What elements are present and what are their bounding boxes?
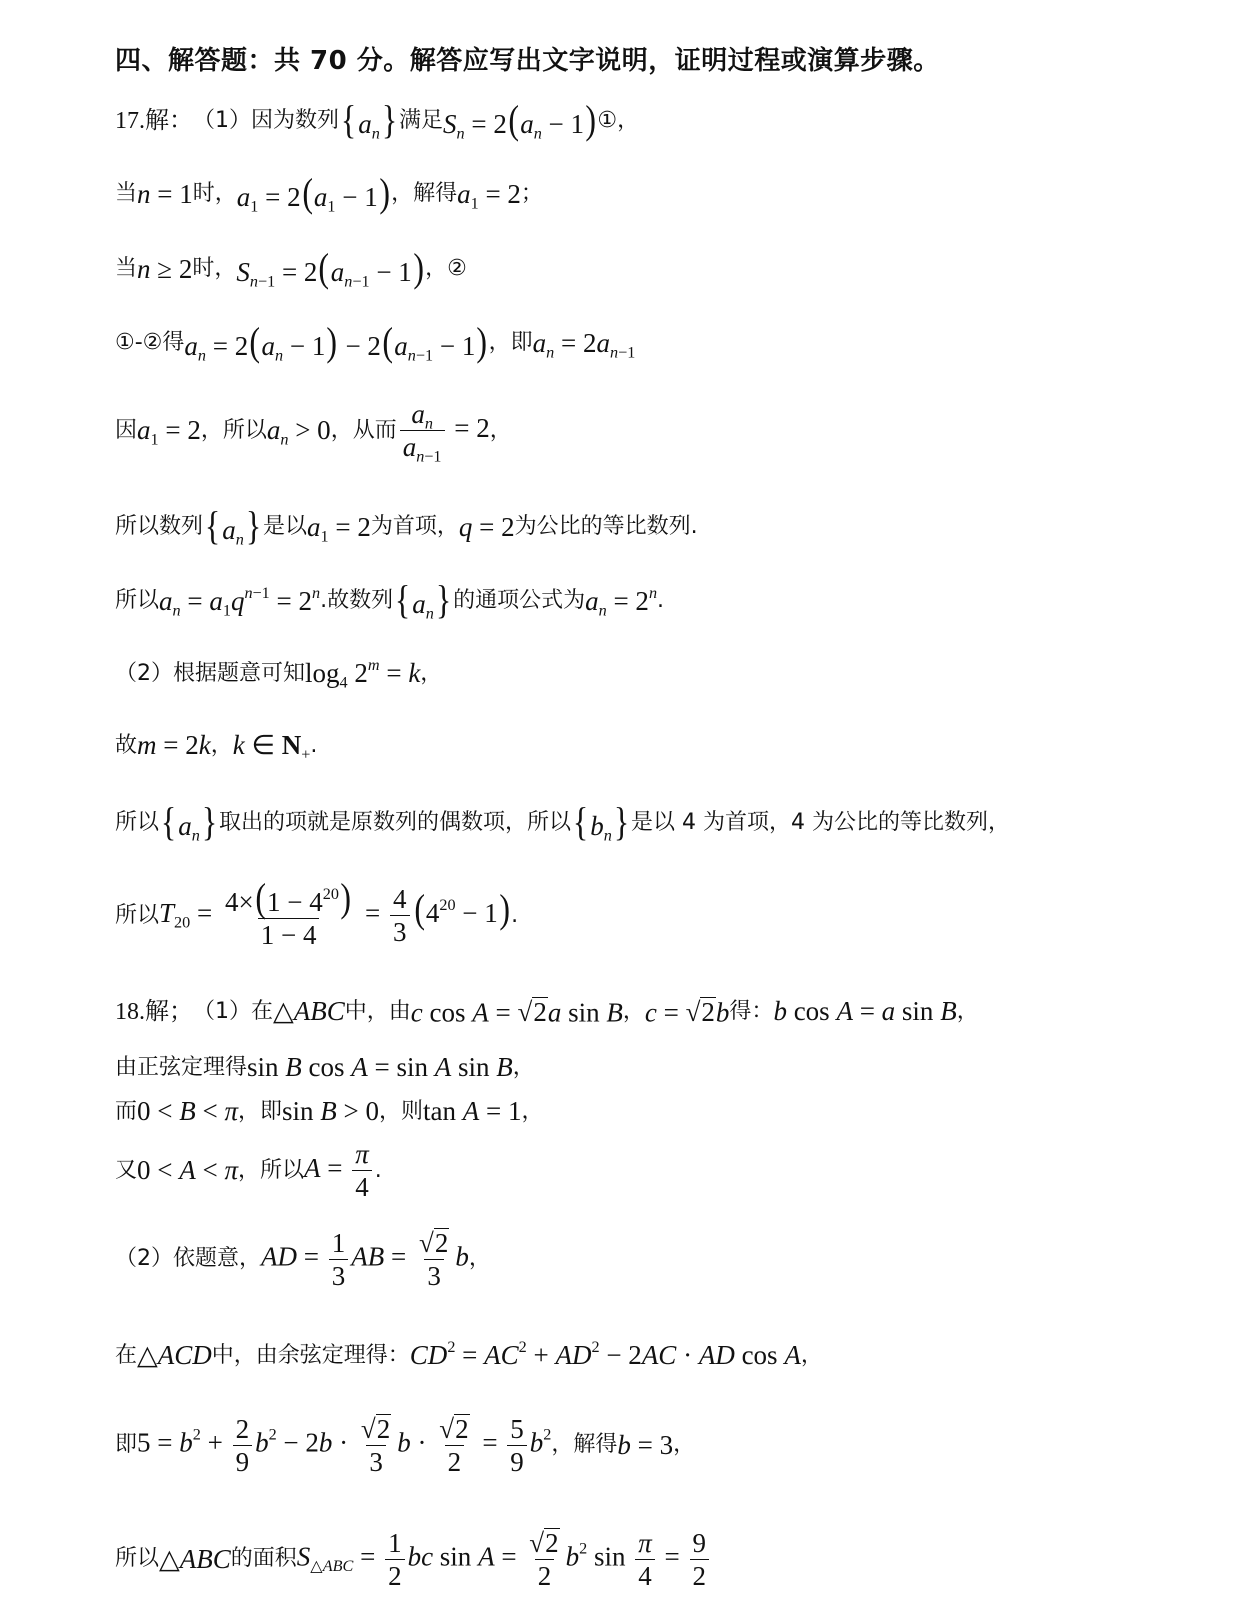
text: . xyxy=(375,1160,382,1182)
text: ，所以 xyxy=(238,1160,304,1182)
text: 因 xyxy=(115,420,137,442)
math-expr: △ACD xyxy=(137,1342,212,1369)
text: ， xyxy=(801,1345,823,1367)
text: ，解得 xyxy=(551,1434,617,1456)
text: ， xyxy=(420,663,442,685)
math-expr: △ABC xyxy=(273,998,345,1025)
p17-line-7: 所以 an = a1qn−1 = 2n .故数列 {an} 的通项公式为 an … xyxy=(115,584,664,618)
p17-line-5: 因 a1 = 2 ，所以 an > 0 ，从而 anan−1 = 2 ， xyxy=(115,400,512,462)
section-heading-text: 四、解答题：共 70 分。解答应写出文字说明，证明过程或演算步骤。 xyxy=(115,48,940,74)
math-expr: A = π4 xyxy=(304,1140,375,1202)
text: ， xyxy=(469,1248,491,1270)
math-expr: S△ABC = 12bc sin A = √22b2 sin π4 = 92 xyxy=(297,1528,712,1591)
p17-part2-line-2: 故 m = 2k ， k ∈ N+ . xyxy=(115,732,317,759)
p18-part2-line-4: 所以 △ABC 的面积 S△ABC = 12bc sin A = √22b2 s… xyxy=(115,1528,712,1591)
math-expr: {bn} xyxy=(571,806,631,840)
text: 为首项， xyxy=(371,516,459,538)
text: 所以 xyxy=(115,590,159,612)
text: 是以 4 为首项，4 为公比的等比数列， xyxy=(631,812,1010,834)
text: 所以数列 xyxy=(115,516,203,538)
text: 满足 xyxy=(399,110,443,132)
text: ，即 xyxy=(489,332,533,354)
text: 的通项公式为 xyxy=(453,590,585,612)
math-expr: T20 = 4×(1 − 420)1 − 4 = 43(420 − 1) xyxy=(159,882,511,950)
p18-part2-line-3: 即 5 = b2 + 29b2 − 2b · √23b · √22 = 59b2… xyxy=(115,1414,695,1477)
math-expr: 0 < B < π xyxy=(137,1098,238,1125)
text: ， xyxy=(617,110,639,132)
text: .故数列 xyxy=(320,590,393,612)
part-label: （1） xyxy=(193,110,251,132)
text: 当 xyxy=(115,183,137,205)
text: 因为数列 xyxy=(251,110,339,132)
math-expr: an = 2n xyxy=(585,588,657,615)
math-expr: {an} xyxy=(339,104,399,138)
math-expr: tan A = 1 xyxy=(423,1098,521,1125)
text: 是以 xyxy=(263,516,307,538)
math-expr: △ABC xyxy=(159,1546,231,1573)
part-label: （1） xyxy=(193,1001,251,1023)
text: ，则 xyxy=(379,1101,423,1123)
math-expr: c = √2b xyxy=(645,997,730,1026)
text: ①-②得 xyxy=(115,332,184,354)
problem-number: 17.解： xyxy=(115,109,193,133)
math-expr: sin B > 0 xyxy=(282,1098,379,1125)
text: ， xyxy=(522,1101,544,1123)
text: . xyxy=(511,905,518,927)
text: 在 xyxy=(251,1001,273,1023)
text: ， xyxy=(513,1057,535,1079)
text: 故 xyxy=(115,735,137,757)
text: 取出的项就是原数列的偶数项，所以 xyxy=(219,812,571,834)
text: ，所以 xyxy=(201,420,267,442)
text: 依题意， xyxy=(173,1248,261,1270)
math-expr: log4 2m = k xyxy=(305,660,420,687)
text: ，从而 xyxy=(331,420,397,442)
text: 中，由余弦定理得： xyxy=(212,1345,410,1367)
text: 当 xyxy=(115,258,137,280)
math-expr: a1 = 2 xyxy=(307,514,371,541)
p18-line-3: 而 0 < B < π ，即 sin B > 0 ，则 tan A = 1 ， xyxy=(115,1098,544,1125)
text: 中，由 xyxy=(345,1001,411,1023)
text: . xyxy=(657,590,664,612)
math-expr: Sn−1 = 2(an−1 − 1) xyxy=(236,252,425,286)
text: 为公比的等比数列. xyxy=(515,516,698,538)
math-expr: a1 = 2 xyxy=(137,417,201,444)
text: ， xyxy=(673,1434,695,1456)
text: 即 xyxy=(115,1434,137,1456)
text: 所以 xyxy=(115,905,159,927)
math-expr: an = 2(an − 1) − 2(an−1 − 1) xyxy=(184,326,488,360)
p17-line-3: 当 n ≥ 2 时， Sn−1 = 2(an−1 − 1) ，② xyxy=(115,252,467,286)
text: 根据题意可知 xyxy=(173,663,305,685)
text: ， xyxy=(490,420,512,442)
text: ， xyxy=(623,1001,645,1023)
math-expr: an = 2an−1 xyxy=(533,330,636,357)
math-expr: m = 2k xyxy=(137,732,211,759)
text: 而 xyxy=(115,1101,137,1123)
p17-part2-line-1: （2） 根据题意可知 log4 2m = k ， xyxy=(115,660,442,687)
text: ， xyxy=(957,1001,979,1023)
p17-part2-line-3: 所以 {an} 取出的项就是原数列的偶数项，所以 {bn} 是以 4 为首项，4… xyxy=(115,806,1010,840)
math-expr: anan−1 = 2 xyxy=(397,400,490,462)
math-expr: q = 2 xyxy=(459,514,515,541)
text: 时， xyxy=(193,183,237,205)
math-expr: {an} xyxy=(393,584,453,618)
math-expr: 5 = b2 + 29b2 − 2b · √23b · √22 = 59b2 xyxy=(137,1414,551,1477)
math-expr: {an} xyxy=(203,510,263,544)
math-expr: Sn = 2(an − 1) xyxy=(443,104,597,138)
math-expr: c cos A = √2a sin B xyxy=(411,997,623,1026)
equation-marker: ① xyxy=(597,110,617,132)
p17-line-4: ①-②得 an = 2(an − 1) − 2(an−1 − 1) ，即 an … xyxy=(115,326,635,360)
text: ，② xyxy=(425,258,467,280)
p17-line-6: 所以数列 {an} 是以 a1 = 2 为首项， q = 2 为公比的等比数列. xyxy=(115,510,698,544)
math-expr: b = 3 xyxy=(617,1432,673,1459)
p17-part2-line-4: 所以 T20 = 4×(1 − 420)1 − 4 = 43(420 − 1) … xyxy=(115,882,518,950)
part-label: （2） xyxy=(115,1248,173,1270)
p18-part2-line-2: 在 △ACD 中，由余弦定理得： CD2 = AC2 + AD2 − 2AC ·… xyxy=(115,1342,823,1369)
math-expr: a1 = 2(a1 − 1) xyxy=(237,177,391,211)
text: 由正弦定理得 xyxy=(115,1057,247,1079)
problem-number: 18.解； xyxy=(115,1000,193,1024)
text: . xyxy=(310,735,317,757)
section-heading: 四、解答题：共 70 分。解答应写出文字说明，证明过程或演算步骤。 xyxy=(115,48,940,74)
math-expr: b cos A = a sin B xyxy=(773,998,956,1025)
text: 得： xyxy=(729,1001,773,1023)
text: ，解得 xyxy=(391,183,457,205)
text: 又 xyxy=(115,1160,137,1182)
text: ， xyxy=(211,735,233,757)
p18-line-4: 又 0 < A < π ，所以 A = π4 . xyxy=(115,1140,382,1202)
text: 的面积 xyxy=(231,1548,297,1570)
math-expr: an = a1qn−1 = 2n xyxy=(159,588,320,615)
text: 所以 xyxy=(115,812,159,834)
text: 时， xyxy=(192,258,236,280)
p18-line-1: 18.解； （1） 在 △ABC 中，由 c cos A = √2a sin B… xyxy=(115,997,979,1026)
part-label: （2） xyxy=(115,663,173,685)
p17-line-2: 当 n = 1 时， a1 = 2(a1 − 1) ，解得 a1 = 2 ； xyxy=(115,177,543,211)
math-expr: a1 = 2 xyxy=(457,181,521,208)
math-expr: n ≥ 2 xyxy=(137,256,192,283)
math-expr: 0 < A < π xyxy=(137,1157,238,1184)
text: ，即 xyxy=(238,1101,282,1123)
text: 在 xyxy=(115,1345,137,1367)
math-expr: n = 1 xyxy=(137,181,193,208)
text: 所以 xyxy=(115,1548,159,1570)
p17-line-1: 17.解： （1） 因为数列 {an} 满足 Sn = 2(an − 1) ① … xyxy=(115,104,639,138)
math-expr: sin B cos A = sin A sin B xyxy=(247,1054,513,1081)
math-expr: AD = 13AB = √23b xyxy=(261,1228,469,1291)
math-expr: CD2 = AC2 + AD2 − 2AC · AD cos A xyxy=(410,1342,801,1369)
math-expr: an > 0 xyxy=(267,417,331,444)
p18-part2-line-1: （2） 依题意， AD = 13AB = √23b ， xyxy=(115,1228,491,1291)
math-expr: {an} xyxy=(159,806,219,840)
p18-line-2: 由正弦定理得 sin B cos A = sin A sin B ， xyxy=(115,1054,535,1081)
math-expr: k ∈ N+ xyxy=(233,732,311,759)
text: ； xyxy=(521,183,543,205)
